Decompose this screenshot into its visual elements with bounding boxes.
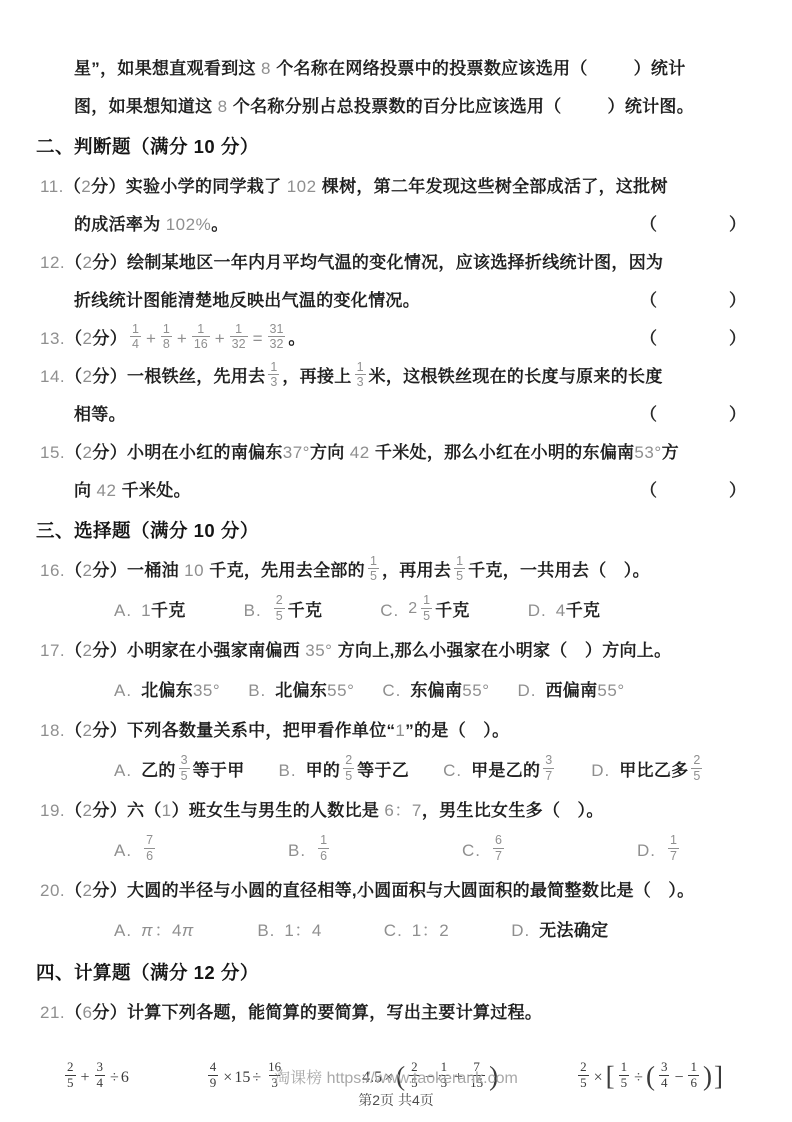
fraction: 15 [421, 593, 432, 623]
text-segment: ：4 [154, 910, 181, 952]
numerator: 1 [130, 322, 141, 336]
text-segment: 。 [211, 215, 228, 234]
numerator: 2 [343, 753, 354, 767]
text-segment: ）统计 [634, 59, 686, 78]
text-segment: 分）实验小学的同学栽了 [91, 177, 281, 196]
numerator: 6 [493, 833, 504, 847]
text-segment: 102% [161, 215, 212, 234]
denominator: 32 [268, 336, 286, 351]
options-row: A.乙的35等于甲B.甲的25等于乙C.甲是乙的37D.甲比乙多25 [0, 750, 792, 792]
exam-content: 星”，如果想直观看到这 8 个名称在网络投票中的投票数应该选用（）统计图，如果想… [0, 0, 792, 1110]
text-segment: 分）绘制某地区一年内月平均气温的变化情况，应该选择折线统计图，因为 [92, 253, 663, 272]
options-row: A.1 千克B.25千克C.215千克D.4 千克 [0, 590, 792, 632]
text-segment: 37° [283, 443, 310, 462]
text-segment: 西偏南 [546, 670, 598, 712]
denominator: 32 [230, 336, 248, 351]
fraction: 15 [368, 554, 379, 584]
option-item: C.东偏南 55° [382, 670, 489, 712]
section-heading: 四、计算题（满分 12 分） [0, 952, 792, 994]
text-segment: 千克，先用去全部的 [209, 561, 365, 580]
option-item: B.甲的25等于乙 [279, 750, 410, 792]
option-item: A.76 [114, 830, 158, 872]
text-segment: 千克 [566, 590, 601, 632]
option-item: C.1：2 [384, 910, 449, 952]
option-label: A. [114, 830, 132, 872]
text-segment: 102 [281, 177, 321, 196]
numerator: 3 [179, 753, 190, 767]
text-segment: 等于甲 [193, 750, 245, 792]
fraction: 14 [130, 322, 141, 352]
answer-blank: （） [640, 282, 746, 320]
fraction: 25 [274, 593, 285, 623]
text-segment: 星”，如果想直观看到这 [74, 59, 256, 78]
footer-site-link[interactable]: 淘课榜 https://www.taokerank.com [0, 1069, 792, 1089]
text-segment: 14. [40, 367, 65, 386]
text-segment: 千克 [435, 590, 470, 632]
question-line: 18.（2分）下列各数量关系中，把甲看作单位“1”的是（ ）。 [0, 712, 792, 750]
question-line: 19.（2分）六（1）班女生与男生的人数比是 6：7，男生比女生多（ ）。 [0, 792, 792, 830]
option-label: A. [114, 670, 132, 712]
fraction: 13 [268, 360, 279, 390]
fraction: 13 [355, 360, 366, 390]
text-segment: 北偏东 [141, 670, 193, 712]
text-segment: （ [65, 721, 82, 740]
text-segment: 甲比乙多 [619, 750, 688, 792]
footer-page-number: 第2页 共4页 [0, 1090, 792, 1110]
numerator: 2 [274, 593, 285, 607]
text-segment: ，男生比女生多（ ）。 [422, 801, 604, 820]
text-segment: 千米处，那么小红在小明的东偏南 [375, 443, 635, 462]
text-segment: 2 [82, 881, 92, 900]
text-segment: （ [64, 177, 81, 196]
denominator: 7 [493, 848, 504, 863]
text-segment: 6：7 [379, 801, 422, 820]
text-segment: 35° [300, 641, 338, 660]
text-segment: 分） [92, 329, 127, 348]
text-segment: ，再接上 [282, 367, 351, 386]
option-label: D. [637, 830, 656, 872]
fraction: 35 [179, 753, 190, 783]
text-segment: 相等。 [74, 405, 126, 424]
question-line: 20.（2分）大圆的半径与小圆的直径相等,小圆面积与大圆面积的最简整数比是（ ）… [0, 872, 792, 910]
text-segment: 55° [327, 670, 354, 712]
text-segment: （ [65, 881, 82, 900]
text-segment: = [253, 329, 263, 348]
text-segment: π [141, 910, 154, 952]
text-segment: 11. [40, 177, 64, 196]
numerator: 31 [268, 322, 286, 336]
option-label: B. [244, 590, 262, 632]
option-item: A.乙的35等于甲 [114, 750, 245, 792]
fraction: 25 [343, 753, 354, 783]
option-label: C. [443, 750, 462, 792]
text-segment: 2 [82, 561, 92, 580]
options-row: A.76B.16C.67D.17 [0, 830, 792, 872]
option-item: A.1 千克 [114, 590, 186, 632]
fraction: 37 [543, 753, 554, 783]
option-label: C. [380, 590, 399, 632]
question-line: 向 42 千米处。（） [0, 472, 792, 510]
text-segment: （ [65, 367, 82, 386]
text-segment: 。 [288, 329, 305, 348]
text-segment: 2 [82, 329, 92, 348]
question-line: 21.（6分）计算下列各题，能简算的要简算，写出主要计算过程。 [0, 994, 792, 1032]
text-segment: 12. [40, 253, 65, 272]
text-segment: 分）计算下列各题，能简算的要简算，写出主要计算过程。 [92, 1003, 542, 1022]
answer-blank: （） [640, 396, 746, 434]
text-segment: 分）小明家在小强家南偏西 [92, 641, 300, 660]
option-label: C. [382, 670, 401, 712]
option-item: C.215千克 [380, 590, 469, 632]
denominator: 3 [355, 374, 366, 389]
text-segment: 55° [597, 670, 624, 712]
exam-page: 星”，如果想直观看到这 8 个名称在网络投票中的投票数应该选用（）统计图，如果想… [0, 0, 792, 1122]
question-line: 星”，如果想直观看到这 8 个名称在网络投票中的投票数应该选用（）统计 [0, 50, 792, 88]
text-segment: + [177, 329, 187, 348]
option-item: B.1：4 [257, 910, 321, 952]
text-segment: + [215, 329, 225, 348]
question-line: 的成活率为 102%。（） [0, 206, 792, 244]
whole-number: 2 [408, 588, 417, 630]
option-item: A.π：4π [114, 910, 195, 952]
text-segment: 向 [74, 481, 91, 500]
option-label: B. [248, 670, 266, 712]
question-line: 相等。（） [0, 396, 792, 434]
text-segment: 1 [141, 590, 151, 632]
text-segment: 分）下列各数量关系中，把甲看作单位“ [92, 721, 395, 740]
text-segment: 2 [82, 721, 92, 740]
text-segment: 35° [193, 670, 220, 712]
denominator: 5 [421, 608, 432, 623]
text-segment: 棵树，第二年发现这些树全部成活了，这批树 [322, 177, 668, 196]
text-segment: 6 [82, 1003, 92, 1022]
text-segment: 分）一桶油 [92, 561, 179, 580]
options-row: A.北偏东 35°B.北偏东 55°C.东偏南 55°D.西偏南 55° [0, 670, 792, 712]
answer-blank: （） [640, 206, 746, 244]
denominator: 7 [543, 768, 554, 783]
text-segment: 4 [556, 590, 566, 632]
numerator: 1 [195, 322, 206, 336]
text-segment: ，再用去 [382, 561, 451, 580]
text-segment: 分）一根铁丝，先用去 [92, 367, 265, 386]
denominator: 6 [318, 848, 329, 863]
text-segment: 千克 [288, 590, 323, 632]
numerator: 1 [355, 360, 366, 374]
numerator: 1 [454, 554, 465, 568]
fraction: 3132 [268, 322, 286, 352]
option-item: B.16 [288, 830, 332, 872]
text-segment: 无法确定 [539, 910, 608, 952]
denominator: 3 [268, 374, 279, 389]
denominator: 16 [192, 336, 210, 351]
text-segment: 10 [179, 561, 209, 580]
question-line: 12.（2分）绘制某地区一年内月平均气温的变化情况，应该选择折线统计图，因为 [0, 244, 792, 282]
option-label: A. [114, 750, 132, 792]
text-segment: （ [65, 329, 82, 348]
denominator: 5 [343, 768, 354, 783]
text-segment: 21. [40, 1003, 65, 1022]
text-segment: 55° [462, 670, 489, 712]
text-segment: 甲是乙的 [471, 750, 540, 792]
text-segment: 方向 [310, 443, 345, 462]
option-item: C.67 [462, 830, 507, 872]
text-segment: 东偏南 [410, 670, 462, 712]
text-segment: 53° [634, 443, 661, 462]
text-segment: 2 [82, 443, 92, 462]
option-label: D. [528, 590, 547, 632]
fraction: 76 [144, 833, 155, 863]
question-line: 13.（2分）14+18+116+132=3132。（） [0, 320, 792, 358]
text-segment: 乙的 [141, 750, 176, 792]
section-heading: 二、判断题（满分 10 分） [0, 126, 792, 168]
text-segment: 等于乙 [357, 750, 409, 792]
text-segment: 方 [662, 443, 679, 462]
text-segment: 分）小明在小红的南偏东 [92, 443, 282, 462]
option-label: A. [114, 590, 132, 632]
question-line: 11.（2分）实验小学的同学栽了 102 棵树，第二年发现这些树全部成活了，这批… [0, 168, 792, 206]
denominator: 6 [144, 848, 155, 863]
numerator: 1 [233, 322, 244, 336]
text-segment: 1 [162, 801, 172, 820]
numerator: 1 [368, 554, 379, 568]
text-segment: 42 [91, 481, 121, 500]
text-segment: 18. [40, 721, 65, 740]
mixed-number: 215 [408, 590, 435, 632]
text-segment: 的成活率为 [74, 215, 161, 234]
denominator: 7 [668, 848, 679, 863]
text-segment: 1：4 [284, 910, 321, 952]
fraction: 67 [493, 833, 504, 863]
option-item: A.北偏东 35° [114, 670, 220, 712]
text-segment: 2 [82, 641, 92, 660]
text-segment: （ [65, 443, 82, 462]
question-line: 15.（2分）小明在小红的南偏东37°方向 42 千米处，那么小红在小明的东偏南… [0, 434, 792, 472]
numerator: 1 [268, 360, 279, 374]
text-segment: 千克 [151, 590, 186, 632]
option-label: B. [288, 830, 306, 872]
text-segment: ）班女生与男生的人数比是 [172, 801, 380, 820]
text-segment: ”的是（ ）。 [405, 721, 509, 740]
denominator: 5 [274, 608, 285, 623]
question-line: 17.（2分）小明家在小强家南偏西 35° 方向上,那么小强家在小明家（ ）方向… [0, 632, 792, 670]
text-segment: 2 [81, 177, 91, 196]
options-row: A.π：4πB.1：4C.1：2D.无法确定 [0, 910, 792, 952]
numerator: 1 [161, 322, 172, 336]
question-line: 图，如果想知道这 8 个名称分别占总投票数的百分比应该选用（）统计图。 [0, 88, 792, 126]
text-segment: 17. [40, 641, 65, 660]
option-label: D. [591, 750, 610, 792]
fraction: 16 [318, 833, 329, 863]
text-segment: （ [65, 1003, 82, 1022]
fraction: 18 [161, 322, 172, 352]
question-line: 16.（2分）一桶油 10 千克，先用去全部的15，再用去15千克，一共用去（ … [0, 552, 792, 590]
numerator: 2 [691, 753, 702, 767]
option-label: D. [518, 670, 537, 712]
text-segment: 19. [40, 801, 65, 820]
text-segment: 16. [40, 561, 65, 580]
fraction: 116 [192, 322, 210, 352]
text-segment: 2 [82, 801, 92, 820]
text-segment: 千米处。 [122, 481, 191, 500]
question-line: 14.（2分）一根铁丝，先用去13，再接上13米，这根铁丝现在的长度与原来的长度 [0, 358, 792, 396]
section-heading: 三、选择题（满分 10 分） [0, 510, 792, 552]
text-segment: 米，这根铁丝现在的长度与原来的长度 [369, 367, 663, 386]
text-segment: 千克，一共用去（ ）。 [468, 561, 650, 580]
option-label: C. [384, 910, 403, 952]
text-segment: 北偏东 [275, 670, 327, 712]
text-segment: 42 [345, 443, 375, 462]
denominator: 5 [454, 568, 465, 583]
numerator: 1 [421, 593, 432, 607]
numerator: 1 [668, 833, 679, 847]
text-segment: （ [65, 253, 82, 272]
option-item: D.无法确定 [511, 910, 608, 952]
option-item: D.4 千克 [528, 590, 601, 632]
option-item: D.17 [637, 830, 682, 872]
question-line: 折线统计图能清楚地反映出气温的变化情况。（） [0, 282, 792, 320]
text-segment: ）统计图。 [608, 97, 695, 116]
text-segment: 15. [40, 443, 65, 462]
text-segment: 图，如果想知道这 [74, 97, 212, 116]
option-item: D.甲比乙多25 [591, 750, 705, 792]
text-segment: （ [65, 561, 82, 580]
denominator: 5 [179, 768, 190, 783]
numerator: 3 [543, 753, 554, 767]
text-segment: 个名称分别占总投票数的百分比应该选用（ [233, 97, 562, 116]
text-segment: 2 [82, 367, 92, 386]
text-segment: 方向上,那么小强家在小明家（ ）方向上。 [338, 641, 672, 660]
text-segment: 1：2 [412, 910, 449, 952]
fraction: 132 [230, 322, 248, 352]
text-segment: 甲的 [306, 750, 341, 792]
option-item: D.西偏南 55° [518, 670, 625, 712]
option-label: C. [462, 830, 481, 872]
option-label: A. [114, 910, 132, 952]
fraction: 17 [668, 833, 679, 863]
text-segment: + [146, 329, 156, 348]
text-segment: 13. [40, 329, 65, 348]
text-segment: 20. [40, 881, 65, 900]
option-label: B. [279, 750, 297, 792]
text-segment: 8 [212, 97, 232, 116]
option-item: C.甲是乙的37 [443, 750, 557, 792]
text-segment: 个名称在网络投票中的投票数应该选用（ [276, 59, 587, 78]
text-segment: 分）大圆的半径与小圆的直径相等,小圆面积与大圆面积的最简整数比是（ ）。 [92, 881, 694, 900]
option-label: D. [511, 910, 530, 952]
denominator: 8 [161, 336, 172, 351]
text-segment: （ [65, 641, 82, 660]
text-segment: （ [65, 801, 82, 820]
numerator: 7 [144, 833, 155, 847]
option-item: B.北偏东 55° [248, 670, 354, 712]
denominator: 5 [691, 768, 702, 783]
text-segment: 折线统计图能清楚地反映出气温的变化情况。 [74, 291, 420, 310]
text-segment: π [182, 910, 195, 952]
text-segment: 1 [395, 721, 405, 740]
fraction: 15 [454, 554, 465, 584]
numerator: 1 [318, 833, 329, 847]
denominator: 5 [368, 568, 379, 583]
fraction: 25 [691, 753, 702, 783]
answer-blank: （） [640, 320, 746, 358]
denominator: 4 [130, 336, 141, 351]
option-item: B.25千克 [244, 590, 323, 632]
page-footer: 淘课榜 https://www.taokerank.com 第2页 共4页 [0, 1069, 792, 1110]
text-segment: 8 [256, 59, 276, 78]
answer-blank: （） [640, 472, 746, 510]
text-segment: 分）六（ [92, 801, 161, 820]
text-segment: 2 [82, 253, 92, 272]
option-label: B. [257, 910, 275, 952]
